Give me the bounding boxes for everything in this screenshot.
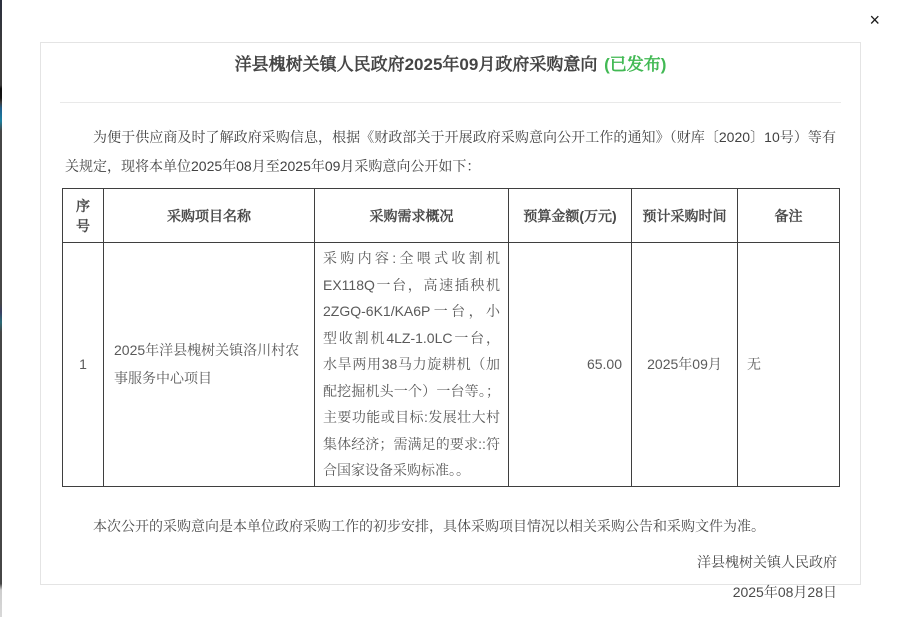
cell-index: 1	[63, 243, 104, 487]
publish-date: 2025年08月28日	[41, 582, 837, 602]
table-header-row: 序号 采购项目名称 采购需求概况 预算金额(万元) 预计采购时间 备注	[63, 189, 840, 243]
page-title: 洋县槐树关镇人民政府2025年09月政府采购意向 (已发布)	[41, 53, 860, 76]
cell-requirement: 采购内容:全喂式收割机EX118Q一台，高速插秧机2ZGQ-6K1/KA6P一台…	[315, 243, 509, 487]
close-icon[interactable]: ×	[869, 11, 880, 29]
procurement-table: 序号 采购项目名称 采购需求概况 预算金额(万元) 预计采购时间 备注 1 20…	[62, 188, 840, 487]
table-row: 1 2025年洋县槐树关镇洛川村农事服务中心项目 采购内容:全喂式收割机EX11…	[63, 243, 840, 487]
column-header-project-name: 采购项目名称	[104, 189, 315, 243]
cell-budget: 65.00	[509, 243, 632, 487]
background-page-edge	[0, 0, 2, 617]
signature: 洋县槐树关镇人民政府	[41, 552, 837, 572]
column-header-index: 序号	[63, 189, 104, 243]
intro-paragraph: 为便于供应商及时了解政府采购信息，根据《财政部关于开展政府采购意向公开工作的通知…	[65, 123, 836, 181]
cell-project-name: 2025年洋县槐树关镇洛川村农事服务中心项目	[104, 243, 315, 487]
title-text: 洋县槐树关镇人民政府2025年09月政府采购意向	[235, 55, 598, 74]
column-header-planned-time: 预计采购时间	[632, 189, 738, 243]
announcement-modal: 洋县槐树关镇人民政府2025年09月政府采购意向 (已发布) 为便于供应商及时了…	[40, 42, 861, 585]
cell-planned-time: 2025年09月	[632, 243, 738, 487]
status-badge: (已发布)	[604, 55, 666, 74]
notice-paragraph: 本次公开的采购意向是本单位政府采购工作的初步安排，具体采购项目情况以相关采购公告…	[65, 516, 836, 536]
column-header-requirement: 采购需求概况	[315, 189, 509, 243]
column-header-remark: 备注	[738, 189, 840, 243]
cell-remark: 无	[738, 243, 840, 487]
divider	[60, 102, 841, 103]
column-header-budget: 预算金额(万元)	[509, 189, 632, 243]
